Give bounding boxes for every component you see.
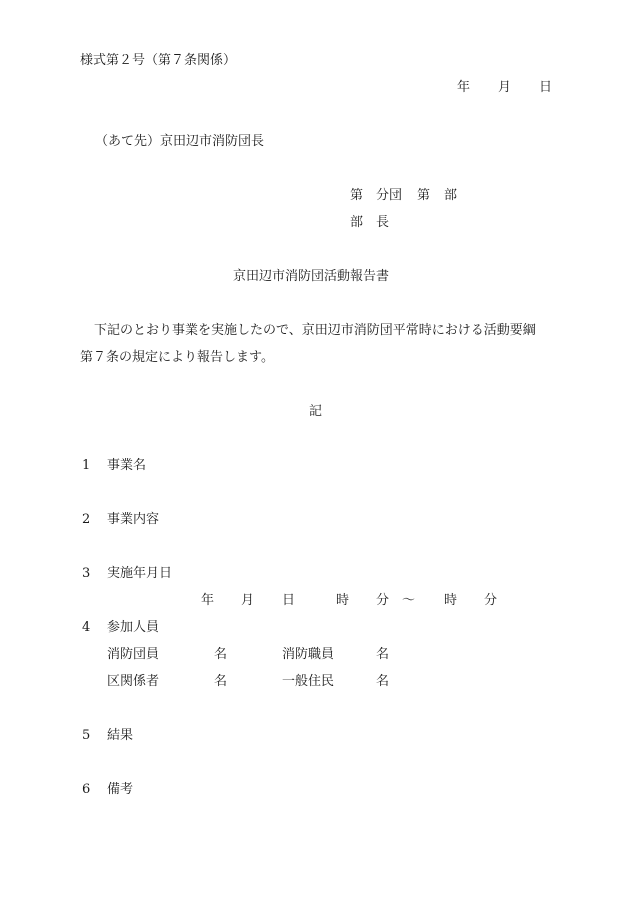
item-number: 5 <box>82 729 90 742</box>
participant-unit: 名 <box>376 648 389 661</box>
document-title: 京田辺市消防団活動報告書 <box>233 270 389 283</box>
body-line-2: 第７条の規定により報告します。 <box>80 351 274 364</box>
participant-unit: 名 <box>214 648 227 661</box>
sender-cho-label: 長 <box>376 216 389 229</box>
sender-dai-1: 第 <box>350 189 363 202</box>
sender-bu-label: 部 <box>350 216 363 229</box>
item-label: 参加人員 <box>107 621 159 634</box>
sender-dai-2: 第 <box>417 189 430 202</box>
participant-label: 区関係者 <box>107 675 159 688</box>
item-label: 事業内容 <box>107 513 159 526</box>
participant-label: 一般住民 <box>282 675 334 688</box>
item-number: 6 <box>82 783 90 796</box>
item-number: 1 <box>82 459 90 472</box>
participant-label: 消防職員 <box>282 648 334 661</box>
participant-unit: 名 <box>376 675 389 688</box>
body-line-1: 下記のとおり事業を実施したので、京田辺市消防団平常時における活動要綱 <box>94 324 536 337</box>
datetime-hour-end: 時 <box>444 594 457 607</box>
participant-unit: 名 <box>214 675 227 688</box>
datetime-year: 年 <box>201 594 214 607</box>
ki-heading: 記 <box>309 405 322 418</box>
item-label: 事業名 <box>107 459 146 472</box>
datetime-minute-end: 分 <box>484 594 497 607</box>
addressee: （あて先）京田辺市消防団長 <box>95 135 264 148</box>
item-number: 2 <box>82 513 90 526</box>
participant-label: 消防団員 <box>107 648 159 661</box>
datetime-minute-start: 分 <box>376 594 389 607</box>
date-header-month: 月 <box>498 81 511 94</box>
sender-bundan: 分団 <box>376 189 402 202</box>
datetime-hour-start: 時 <box>336 594 349 607</box>
item-label: 実施年月日 <box>107 567 172 580</box>
sender-bu: 部 <box>444 189 457 202</box>
form-label: 様式第２号（第７条関係） <box>80 54 236 67</box>
item-label: 結果 <box>107 729 133 742</box>
datetime-day: 日 <box>282 594 295 607</box>
datetime-tilde: ～ <box>402 594 415 607</box>
datetime-month: 月 <box>241 594 254 607</box>
date-header-year: 年 <box>457 81 470 94</box>
item-label: 備考 <box>107 783 133 796</box>
date-header-day: 日 <box>539 81 552 94</box>
item-number: 4 <box>82 621 90 634</box>
item-number: 3 <box>82 567 90 580</box>
